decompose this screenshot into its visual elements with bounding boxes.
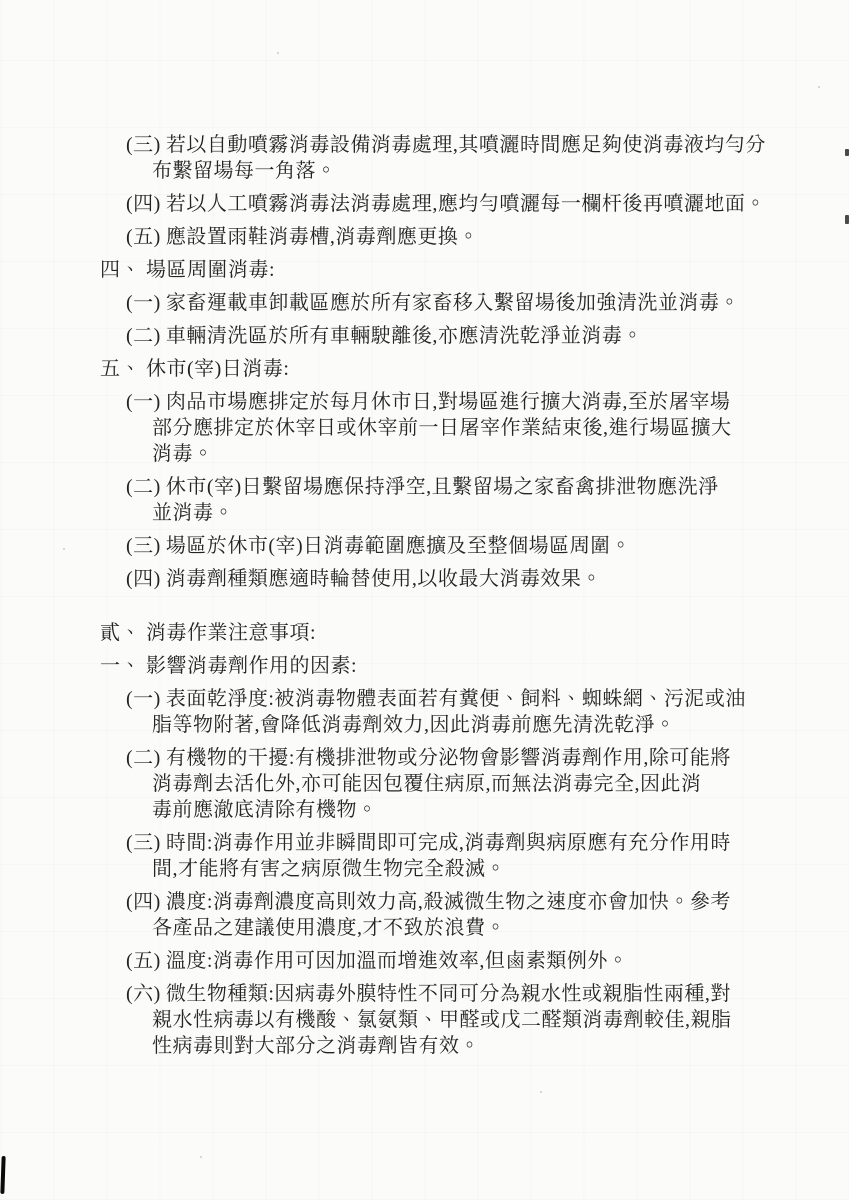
- line-text: 消毒劑種類應適時輪替使用,以收最大消毒效果。: [166, 568, 602, 590]
- numbered-heading: 一、影響消毒劑作用的因素:: [100, 653, 829, 679]
- line-text: 消毒作業注意事項:: [146, 622, 316, 644]
- line-text: 若以人工噴霧消毒法消毒處理,應均勻噴灑每一欄杆後再噴灑地面。: [166, 193, 766, 215]
- text-line: (五)應設置雨鞋消毒槽,消毒劑應更換。: [100, 224, 829, 250]
- list-item: (三)時間:消毒作用並非瞬間即可完成,消毒劑與病原應有充分作用時間,才能將有害之…: [100, 830, 829, 882]
- line-text: 肉品市場應排定於每月休市日,對場區進行擴大消毒,至於屠宰場: [166, 391, 731, 413]
- list-marker: (五): [126, 226, 161, 248]
- list-item: (四)若以人工噴霧消毒法消毒處理,應均勻噴灑每一欄杆後再噴灑地面。: [100, 191, 829, 217]
- list-item: (四)濃度:消毒劑濃度高則效力高,殺滅微生物之速度亦會加快。參考各產品之建議使用…: [100, 889, 829, 941]
- list-marker: (六): [126, 983, 161, 1005]
- line-text: 表面乾淨度:被消毒物體表面若有糞便、飼料、蜘蛛網、污泥或油: [166, 688, 746, 710]
- list-marker: (二): [126, 747, 161, 769]
- line-text: 場區周圍消毒:: [146, 259, 275, 281]
- text-line: (三)時間:消毒作用並非瞬間即可完成,消毒劑與病原應有充分作用時: [100, 830, 829, 856]
- line-text: 有機物的干擾:有機排泄物或分泌物會影響消毒劑作用,除可能將: [166, 747, 731, 769]
- text-line: 並消毒。: [100, 500, 829, 526]
- document-text-body: (三)若以自動噴霧消毒設備消毒處理,其噴灑時間應足夠使消毒液均勻分布繫留場每一角…: [100, 132, 829, 1066]
- list-marker: (四): [126, 568, 161, 590]
- text-line: (二)有機物的干擾:有機排泄物或分泌物會影響消毒劑作用,除可能將: [100, 745, 829, 771]
- list-item: (三)場區於休市(宰)日消毒範圍應擴及至整個場區周圍。: [100, 533, 829, 559]
- list-item: (一)家畜運載車卸載區應於所有家畜移入繫留場後加強清洗並消毒。: [100, 290, 829, 316]
- text-line: (四)若以人工噴霧消毒法消毒處理,應均勻噴灑每一欄杆後再噴灑地面。: [100, 191, 829, 217]
- list-item: (二)休市(宰)日繫留場應保持淨空,且繫留場之家畜禽排泄物應洗淨並消毒。: [100, 474, 829, 526]
- list-item: (一)肉品市場應排定於每月休市日,對場區進行擴大消毒,至於屠宰場部分應排定於休宰…: [100, 389, 829, 467]
- line-text: 家畜運載車卸載區應於所有家畜移入繫留場後加強清洗並消毒。: [166, 292, 740, 314]
- line-text: 休市(宰)日消毒:: [146, 358, 289, 380]
- text-line: 間,才能將有害之病原微生物完全殺滅。: [100, 856, 829, 882]
- text-line: (三)若以自動噴霧消毒設備消毒處理,其噴灑時間應足夠使消毒液均勻分: [100, 132, 829, 158]
- list-marker: (三): [126, 134, 161, 156]
- line-text: 影響消毒劑作用的因素:: [146, 655, 357, 677]
- list-item: (五)應設置雨鞋消毒槽,消毒劑應更換。: [100, 224, 829, 250]
- line-text: 微生物種類:因病毒外膜特性不同可分為親水性或親脂性兩種,對: [166, 983, 731, 1005]
- text-line: (二)車輛清洗區於所有車輛駛離後,亦應清洗乾淨並消毒。: [100, 323, 829, 349]
- list-marker: (二): [126, 476, 161, 498]
- list-marker: 四、: [100, 259, 141, 281]
- line-text: 應設置雨鞋消毒槽,消毒劑應更換。: [166, 226, 479, 248]
- list-marker: (五): [126, 950, 161, 972]
- text-line: (二)休市(宰)日繫留場應保持淨空,且繫留場之家畜禽排泄物應洗淨: [100, 474, 829, 500]
- list-marker: (二): [126, 325, 161, 347]
- text-line: (三)場區於休市(宰)日消毒範圍應擴及至整個場區周圍。: [100, 533, 829, 559]
- text-line: 消毒劑去活化外,亦可能因包覆住病原,而無法消毒完全,因此消: [100, 771, 829, 797]
- list-marker: (三): [126, 832, 161, 854]
- text-line: 部分應排定於休宰日或休宰前一日屠宰作業結束後,進行場區擴大: [100, 415, 829, 441]
- text-line: 脂等物附著,會降低消毒劑效力,因此消毒前應先清洗乾淨。: [100, 712, 829, 738]
- line-text: 休市(宰)日繫留場應保持淨空,且繫留場之家畜禽排泄物應洗淨: [166, 476, 719, 498]
- scan-noise-speck: [818, 86, 820, 88]
- scan-noise-speck: [277, 52, 279, 54]
- text-line: 四、場區周圍消毒:: [100, 257, 829, 283]
- list-item: (三)若以自動噴霧消毒設備消毒處理,其噴灑時間應足夠使消毒液均勻分布繫留場每一角…: [100, 132, 829, 184]
- text-line: (六)微生物種類:因病毒外膜特性不同可分為親水性或親脂性兩種,對: [100, 981, 829, 1007]
- section-heading: 貳、消毒作業注意事項:: [100, 620, 829, 646]
- numbered-heading: 五、休市(宰)日消毒:: [100, 356, 829, 382]
- line-text: 車輛清洗區於所有車輛駛離後,亦應清洗乾淨並消毒。: [166, 325, 643, 347]
- text-line: (一)肉品市場應排定於每月休市日,對場區進行擴大消毒,至於屠宰場: [100, 389, 829, 415]
- scan-noise-speck: [200, 1156, 202, 1158]
- list-marker: (三): [126, 535, 161, 557]
- text-line: 毒前應澈底清除有機物。: [100, 797, 829, 823]
- list-marker: 貳、: [100, 622, 141, 644]
- list-marker: (一): [126, 292, 161, 314]
- list-item: (二)車輛清洗區於所有車輛駛離後,亦應清洗乾淨並消毒。: [100, 323, 829, 349]
- line-text: 若以自動噴霧消毒設備消毒處理,其噴灑時間應足夠使消毒液均勻分: [166, 134, 766, 156]
- line-text: 濃度:消毒劑濃度高則效力高,殺滅微生物之速度亦會加快。參考: [166, 891, 731, 913]
- text-line: 五、休市(宰)日消毒:: [100, 356, 829, 382]
- text-line: 各產品之建議使用濃度,才不致於浪費。: [100, 915, 829, 941]
- scan-noise-speck: [540, 1091, 542, 1093]
- line-text: 時間:消毒作用並非瞬間即可完成,消毒劑與病原應有充分作用時: [166, 832, 731, 854]
- numbered-heading: 四、場區周圍消毒:: [100, 257, 829, 283]
- list-marker: (四): [126, 891, 161, 913]
- text-line: 一、影響消毒劑作用的因素:: [100, 653, 829, 679]
- text-line: 性病毒則對大部分之消毒劑皆有效。: [100, 1033, 829, 1059]
- text-line: 消毒。: [100, 441, 829, 467]
- line-text: 場區於休市(宰)日消毒範圍應擴及至整個場區周圍。: [166, 535, 631, 557]
- list-marker: (一): [126, 391, 161, 413]
- list-item: (六)微生物種類:因病毒外膜特性不同可分為親水性或親脂性兩種,對親水性病毒以有機…: [100, 981, 829, 1059]
- text-line: (五)溫度:消毒作用可因加溫而增進效率,但鹵素類例外。: [100, 948, 829, 974]
- scan-edge-mark: [845, 149, 849, 156]
- list-marker: 五、: [100, 358, 141, 380]
- list-item: (一)表面乾淨度:被消毒物體表面若有糞便、飼料、蜘蛛網、污泥或油脂等物附著,會降…: [100, 686, 829, 738]
- list-marker: 一、: [100, 655, 141, 677]
- list-marker: (一): [126, 688, 161, 710]
- text-line: 親水性病毒以有機酸、氯氨類、甲醛或戊二醛類消毒劑較佳,親脂: [100, 1007, 829, 1033]
- list-item: (四)消毒劑種類應適時輪替使用,以收最大消毒效果。: [100, 566, 829, 592]
- text-line: (四)消毒劑種類應適時輪替使用,以收最大消毒效果。: [100, 566, 829, 592]
- text-line: 貳、消毒作業注意事項:: [100, 620, 829, 646]
- scan-noise-speck: [63, 548, 65, 550]
- text-line: (四)濃度:消毒劑濃度高則效力高,殺滅微生物之速度亦會加快。參考: [100, 889, 829, 915]
- scanned-document-page: (三)若以自動噴霧消毒設備消毒處理,其噴灑時間應足夠使消毒液均勻分布繫留場每一角…: [0, 0, 849, 1200]
- list-item: (五)溫度:消毒作用可因加溫而增進效率,但鹵素類例外。: [100, 948, 829, 974]
- line-text: 溫度:消毒作用可因加溫而增進效率,但鹵素類例外。: [166, 950, 629, 972]
- scan-edge-mark: [845, 215, 849, 224]
- list-marker: (四): [126, 193, 161, 215]
- text-line: (一)表面乾淨度:被消毒物體表面若有糞便、飼料、蜘蛛網、污泥或油: [100, 686, 829, 712]
- list-item: (二)有機物的干擾:有機排泄物或分泌物會影響消毒劑作用,除可能將消毒劑去活化外,…: [100, 745, 829, 823]
- text-line: 布繫留場每一角落。: [100, 158, 829, 184]
- scan-streak-artifact: [0, 1156, 5, 1194]
- text-line: (一)家畜運載車卸載區應於所有家畜移入繫留場後加強清洗並消毒。: [100, 290, 829, 316]
